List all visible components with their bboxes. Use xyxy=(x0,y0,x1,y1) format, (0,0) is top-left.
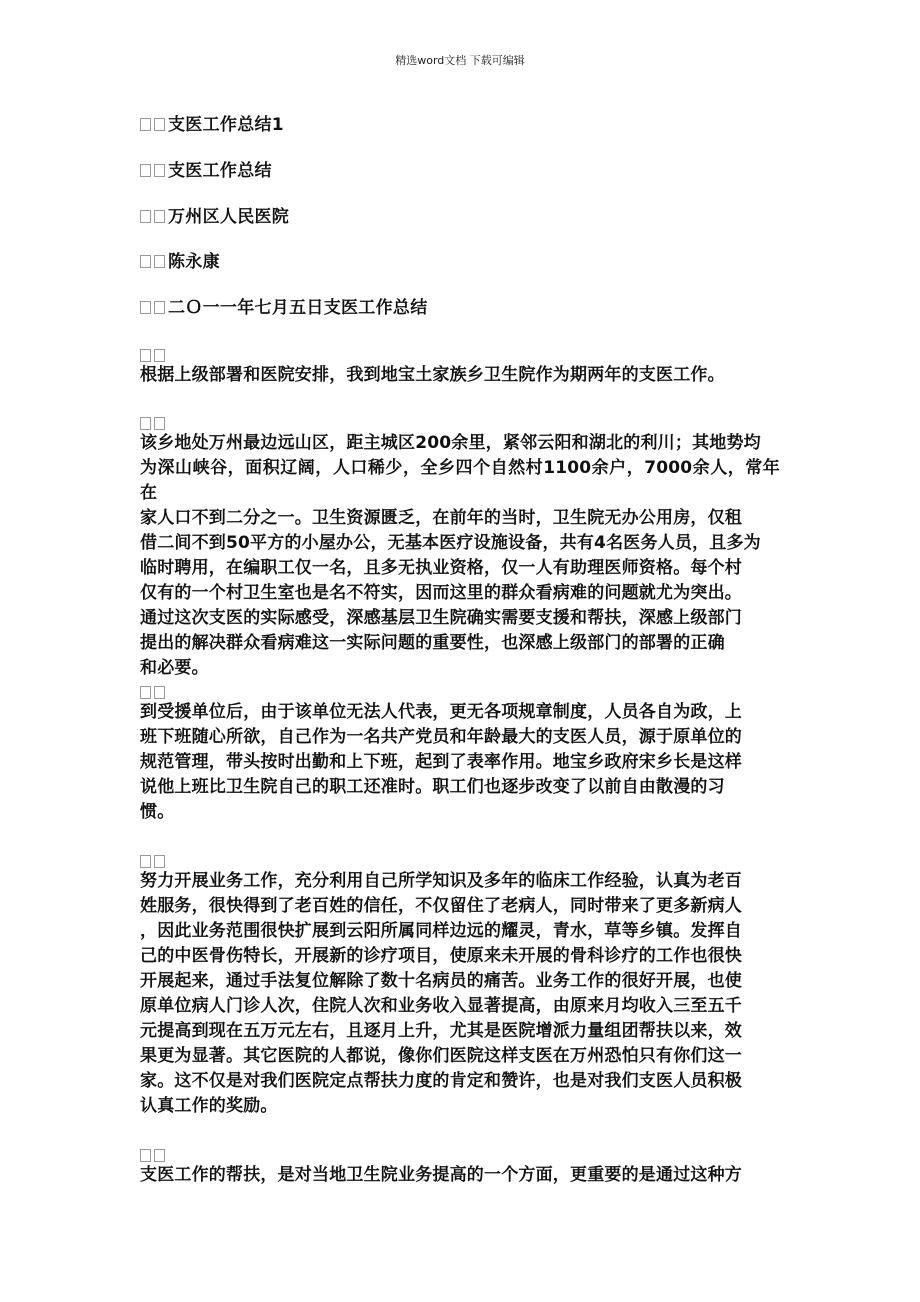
paragraph-line: 班下班随心所欲，自己作为一名共产党员和年龄最大的支医人员，源于原单位的 xyxy=(140,725,780,750)
paragraph-line: ，因此业务范围很快扩展到云阳所属同样边远的耀灵，青水，草等乡镇。发挥自 xyxy=(140,919,780,944)
paragraph-line: 果更为显著。其它医院的人都说，像你们医院这样支医在万州恐怕只有你们这一 xyxy=(140,1044,780,1069)
indent-box-icon xyxy=(140,160,168,182)
paragraph: 该乡地处万州最边远山区，距主城区200余里，紧邻云阳和湖北的利川；其地势均 为深… xyxy=(140,431,780,681)
paragraph-line: 家。这不仅是对我们医院定点帮扶力度的肯定和赞许，也是对我们支医人员积极 xyxy=(140,1069,780,1094)
paragraph-line: 支医工作的帮扶，是对当地卫生院业务提高的一个方面，更重要的是通过这种方 xyxy=(140,1163,780,1188)
title-line: 支医工作总结1 xyxy=(140,114,284,136)
paragraph-line: 临时聘用，在编职工仅一名，且多无执业资格，仅一人有助理医师资格。每个村 xyxy=(140,556,780,581)
title-line-text: 支医工作总结 xyxy=(168,161,272,181)
paragraph-line: 为深山峡谷，面积辽阔，人口稀少，全乡四个自然村1100余户，7000余人，常年在 xyxy=(140,456,780,506)
title-line-text: 陈永康 xyxy=(168,252,220,272)
paragraph-line: 惯。 xyxy=(140,800,780,825)
paragraph-line: 提出的解决群众看病难这一实际问题的重要性，也深感上级部门的部署的正确 xyxy=(140,631,780,656)
paragraph-line: 通过这次支医的实际感受，深感基层卫生院确实需要支援和帮扶，深感上级部门 xyxy=(140,606,780,631)
paragraph-line: 元提高到现在五万元左右，且逐月上升，尤其是医院增派力量组团帮扶以来，效 xyxy=(140,1019,780,1044)
paragraph-line: 该乡地处万州最边远山区，距主城区200余里，紧邻云阳和湖北的利川；其地势均 xyxy=(140,431,780,456)
title-line-text: 支医工作总结1 xyxy=(168,115,284,135)
paragraph-line: 说他上班比卫生院自己的职工还准时。职工们也逐步改变了以前自由散漫的习 xyxy=(140,775,780,800)
paragraph-line: 规范管理，带头按时出勤和上下班，起到了表率作用。地宝乡政府宋乡长是这样 xyxy=(140,750,780,775)
title-line: 万州区人民医院 xyxy=(140,206,289,228)
title-line: 支医工作总结 xyxy=(140,160,272,182)
title-line: 陈永康 xyxy=(140,251,220,273)
paragraph-line: 根据上级部署和医院安排，我到地宝土家族乡卫生院作为期两年的支医工作。 xyxy=(140,363,780,388)
paragraph-line: 开展起来，通过手法复位解除了数十名病员的痛苦。业务工作的很好开展，也使 xyxy=(140,969,780,994)
paragraph: 努力开展业务工作，充分利用自己所学知识及多年的临床工作经验，认真为老百 姓服务，… xyxy=(140,869,780,1119)
page-header: 精选word文档 下载可编辑 xyxy=(0,52,920,68)
paragraph-line: 借二间不到50平方的小屋办公，无基本医疗设施设备，共有4名医务人员，且多为 xyxy=(140,531,780,556)
paragraph-line: 努力开展业务工作，充分利用自己所学知识及多年的临床工作经验，认真为老百 xyxy=(140,869,780,894)
title-line-text: 二Ｏ一一年七月五日支医工作总结 xyxy=(168,298,428,318)
paragraph-line: 己的中医骨伤特长，开展新的诊疗项目，使原来未开展的骨科诊疗的工作也很快 xyxy=(140,944,780,969)
paragraph: 根据上级部署和医院安排，我到地宝土家族乡卫生院作为期两年的支医工作。 xyxy=(140,363,780,388)
title-line: 二Ｏ一一年七月五日支医工作总结 xyxy=(140,297,428,319)
paragraph-line: 家人口不到二分之一。卫生资源匮乏，在前年的当时，卫生院无办公用房，仅租 xyxy=(140,506,780,531)
paragraph-line: 原单位病人门诊人次，住院人次和业务收入显著提高，由原来月均收入三至五千 xyxy=(140,994,780,1019)
paragraph-line: 认真工作的奖励。 xyxy=(140,1094,780,1119)
paragraph: 到受援单位后，由于该单位无法人代表，更无各项规章制度，人员各自为政，上 班下班随… xyxy=(140,700,780,825)
paragraph-line: 姓服务，很快得到了老百姓的信任，不仅留住了老病人，同时带来了更多新病人 xyxy=(140,894,780,919)
indent-box-icon xyxy=(140,206,168,228)
title-line-text: 万州区人民医院 xyxy=(168,207,289,227)
indent-box-icon xyxy=(140,251,168,273)
paragraph-line: 仅有的一个村卫生室也是名不符实，因而这里的群众看病难的问题就尤为突出。 xyxy=(140,581,780,606)
paragraph: 支医工作的帮扶，是对当地卫生院业务提高的一个方面，更重要的是通过这种方 xyxy=(140,1163,780,1188)
indent-box-icon xyxy=(140,297,168,319)
paragraph-line: 和必要。 xyxy=(140,656,780,681)
indent-box-icon xyxy=(140,114,168,136)
paragraph-line: 到受援单位后，由于该单位无法人代表，更无各项规章制度，人员各自为政，上 xyxy=(140,700,780,725)
